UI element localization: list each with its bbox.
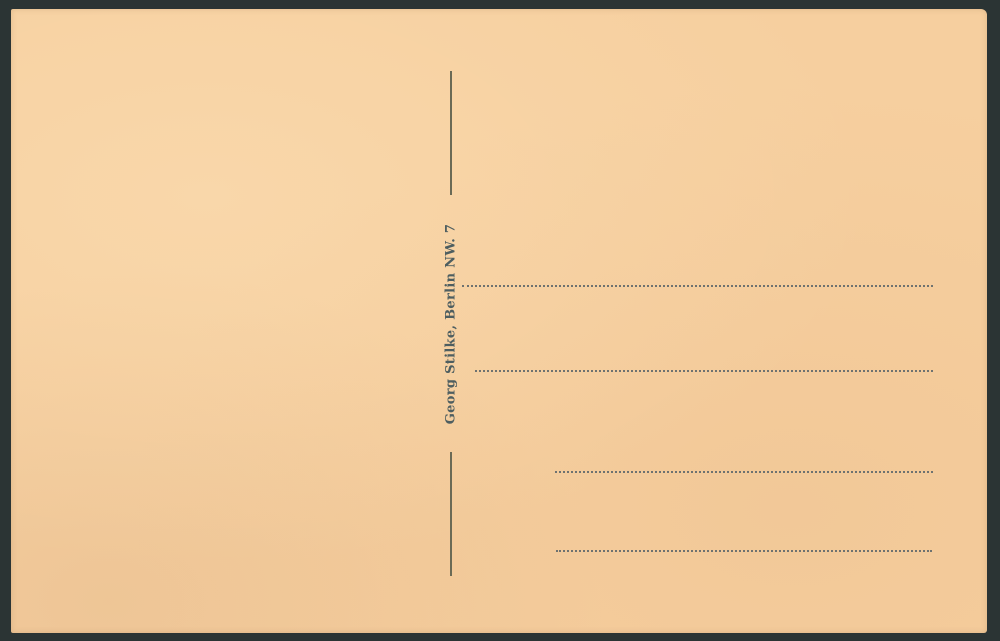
publisher-imprint: Georg Stilke, Berlin NW. 7 (444, 224, 459, 424)
address-line-4 (556, 550, 932, 552)
postcard-back: Georg Stilke, Berlin NW. 7 (11, 9, 987, 633)
center-divider-top (450, 71, 452, 195)
address-line-2 (475, 370, 933, 372)
address-line-1 (462, 285, 933, 287)
center-divider-bottom (450, 452, 452, 576)
address-line-3 (555, 471, 933, 473)
